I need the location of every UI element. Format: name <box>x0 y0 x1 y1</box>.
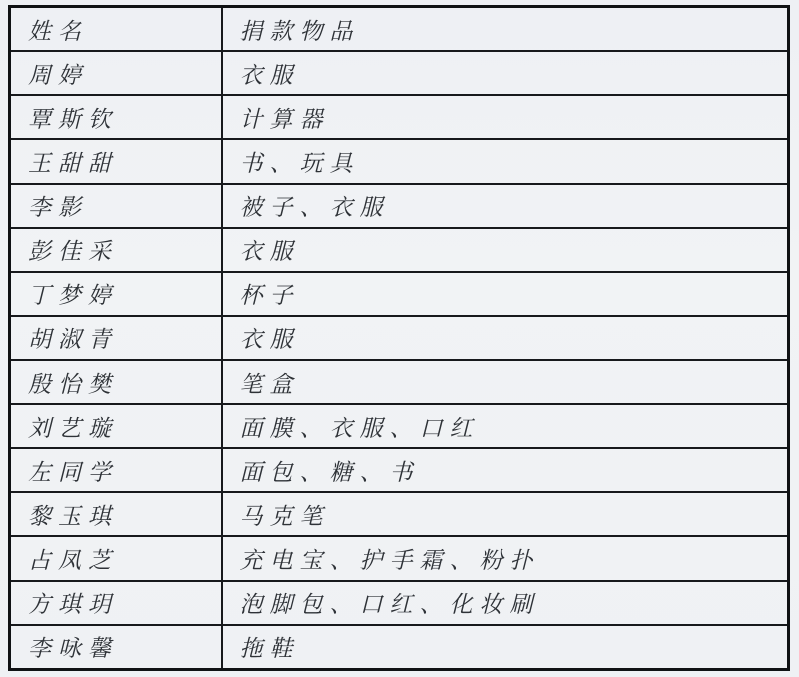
cell-items: 泡脚包、口红、化妆刷 <box>222 581 789 625</box>
cell-name: 周婷 <box>10 51 222 95</box>
header-cell-items: 捐款物品 <box>222 7 789 52</box>
cell-items: 被子、衣服 <box>222 184 789 228</box>
table-row: 占凤芝 充电宝、护手霜、粉扑 <box>10 536 789 580</box>
cell-name: 方琪玥 <box>10 581 222 625</box>
table-row: 殷怡樊 笔盒 <box>10 360 789 404</box>
table-row: 胡淑青 衣服 <box>10 316 789 360</box>
cell-items: 计算器 <box>222 95 789 139</box>
table-row: 左同学 面包、糖、书 <box>10 448 789 492</box>
cell-name: 刘艺璇 <box>10 404 222 448</box>
cell-items: 面包、糖、书 <box>222 448 789 492</box>
scanned-document-page: { "table": { "header": { "name": "姓名", "… <box>0 0 799 677</box>
cell-name: 丁梦婷 <box>10 272 222 316</box>
cell-name: 占凤芝 <box>10 536 222 580</box>
cell-name: 黎玉琪 <box>10 492 222 536</box>
table-row: 覃斯钦 计算器 <box>10 95 789 139</box>
table-row: 李影 被子、衣服 <box>10 184 789 228</box>
cell-items: 充电宝、护手霜、粉扑 <box>222 536 789 580</box>
table-row: 李咏馨 拖鞋 <box>10 625 789 670</box>
cell-name: 李影 <box>10 184 222 228</box>
table-row: 周婷 衣服 <box>10 51 789 95</box>
table-row: 黎玉琪 马克笔 <box>10 492 789 536</box>
table-row: 刘艺璇 面膜、衣服、口红 <box>10 404 789 448</box>
cell-name: 左同学 <box>10 448 222 492</box>
cell-name: 胡淑青 <box>10 316 222 360</box>
cell-name: 王甜甜 <box>10 139 222 183</box>
table-row: 丁梦婷 杯子 <box>10 272 789 316</box>
cell-name: 殷怡樊 <box>10 360 222 404</box>
cell-name: 覃斯钦 <box>10 95 222 139</box>
cell-items: 衣服 <box>222 228 789 272</box>
header-cell-name: 姓名 <box>10 7 222 52</box>
cell-items: 衣服 <box>222 51 789 95</box>
cell-name: 李咏馨 <box>10 625 222 670</box>
cell-items: 衣服 <box>222 316 789 360</box>
table-row: 彭佳采 衣服 <box>10 228 789 272</box>
table-row: 王甜甜 书、玩具 <box>10 139 789 183</box>
cell-items: 面膜、衣服、口红 <box>222 404 789 448</box>
cell-items: 马克笔 <box>222 492 789 536</box>
table-row: 方琪玥 泡脚包、口红、化妆刷 <box>10 581 789 625</box>
cell-items: 笔盒 <box>222 360 789 404</box>
donation-items-table: 姓名 捐款物品 周婷 衣服 覃斯钦 计算器 王甜甜 书、玩具 李影 被子、衣服 … <box>8 5 790 671</box>
cell-items: 书、玩具 <box>222 139 789 183</box>
cell-items: 杯子 <box>222 272 789 316</box>
cell-items: 拖鞋 <box>222 625 789 670</box>
header-row: 姓名 捐款物品 <box>10 7 789 52</box>
cell-name: 彭佳采 <box>10 228 222 272</box>
